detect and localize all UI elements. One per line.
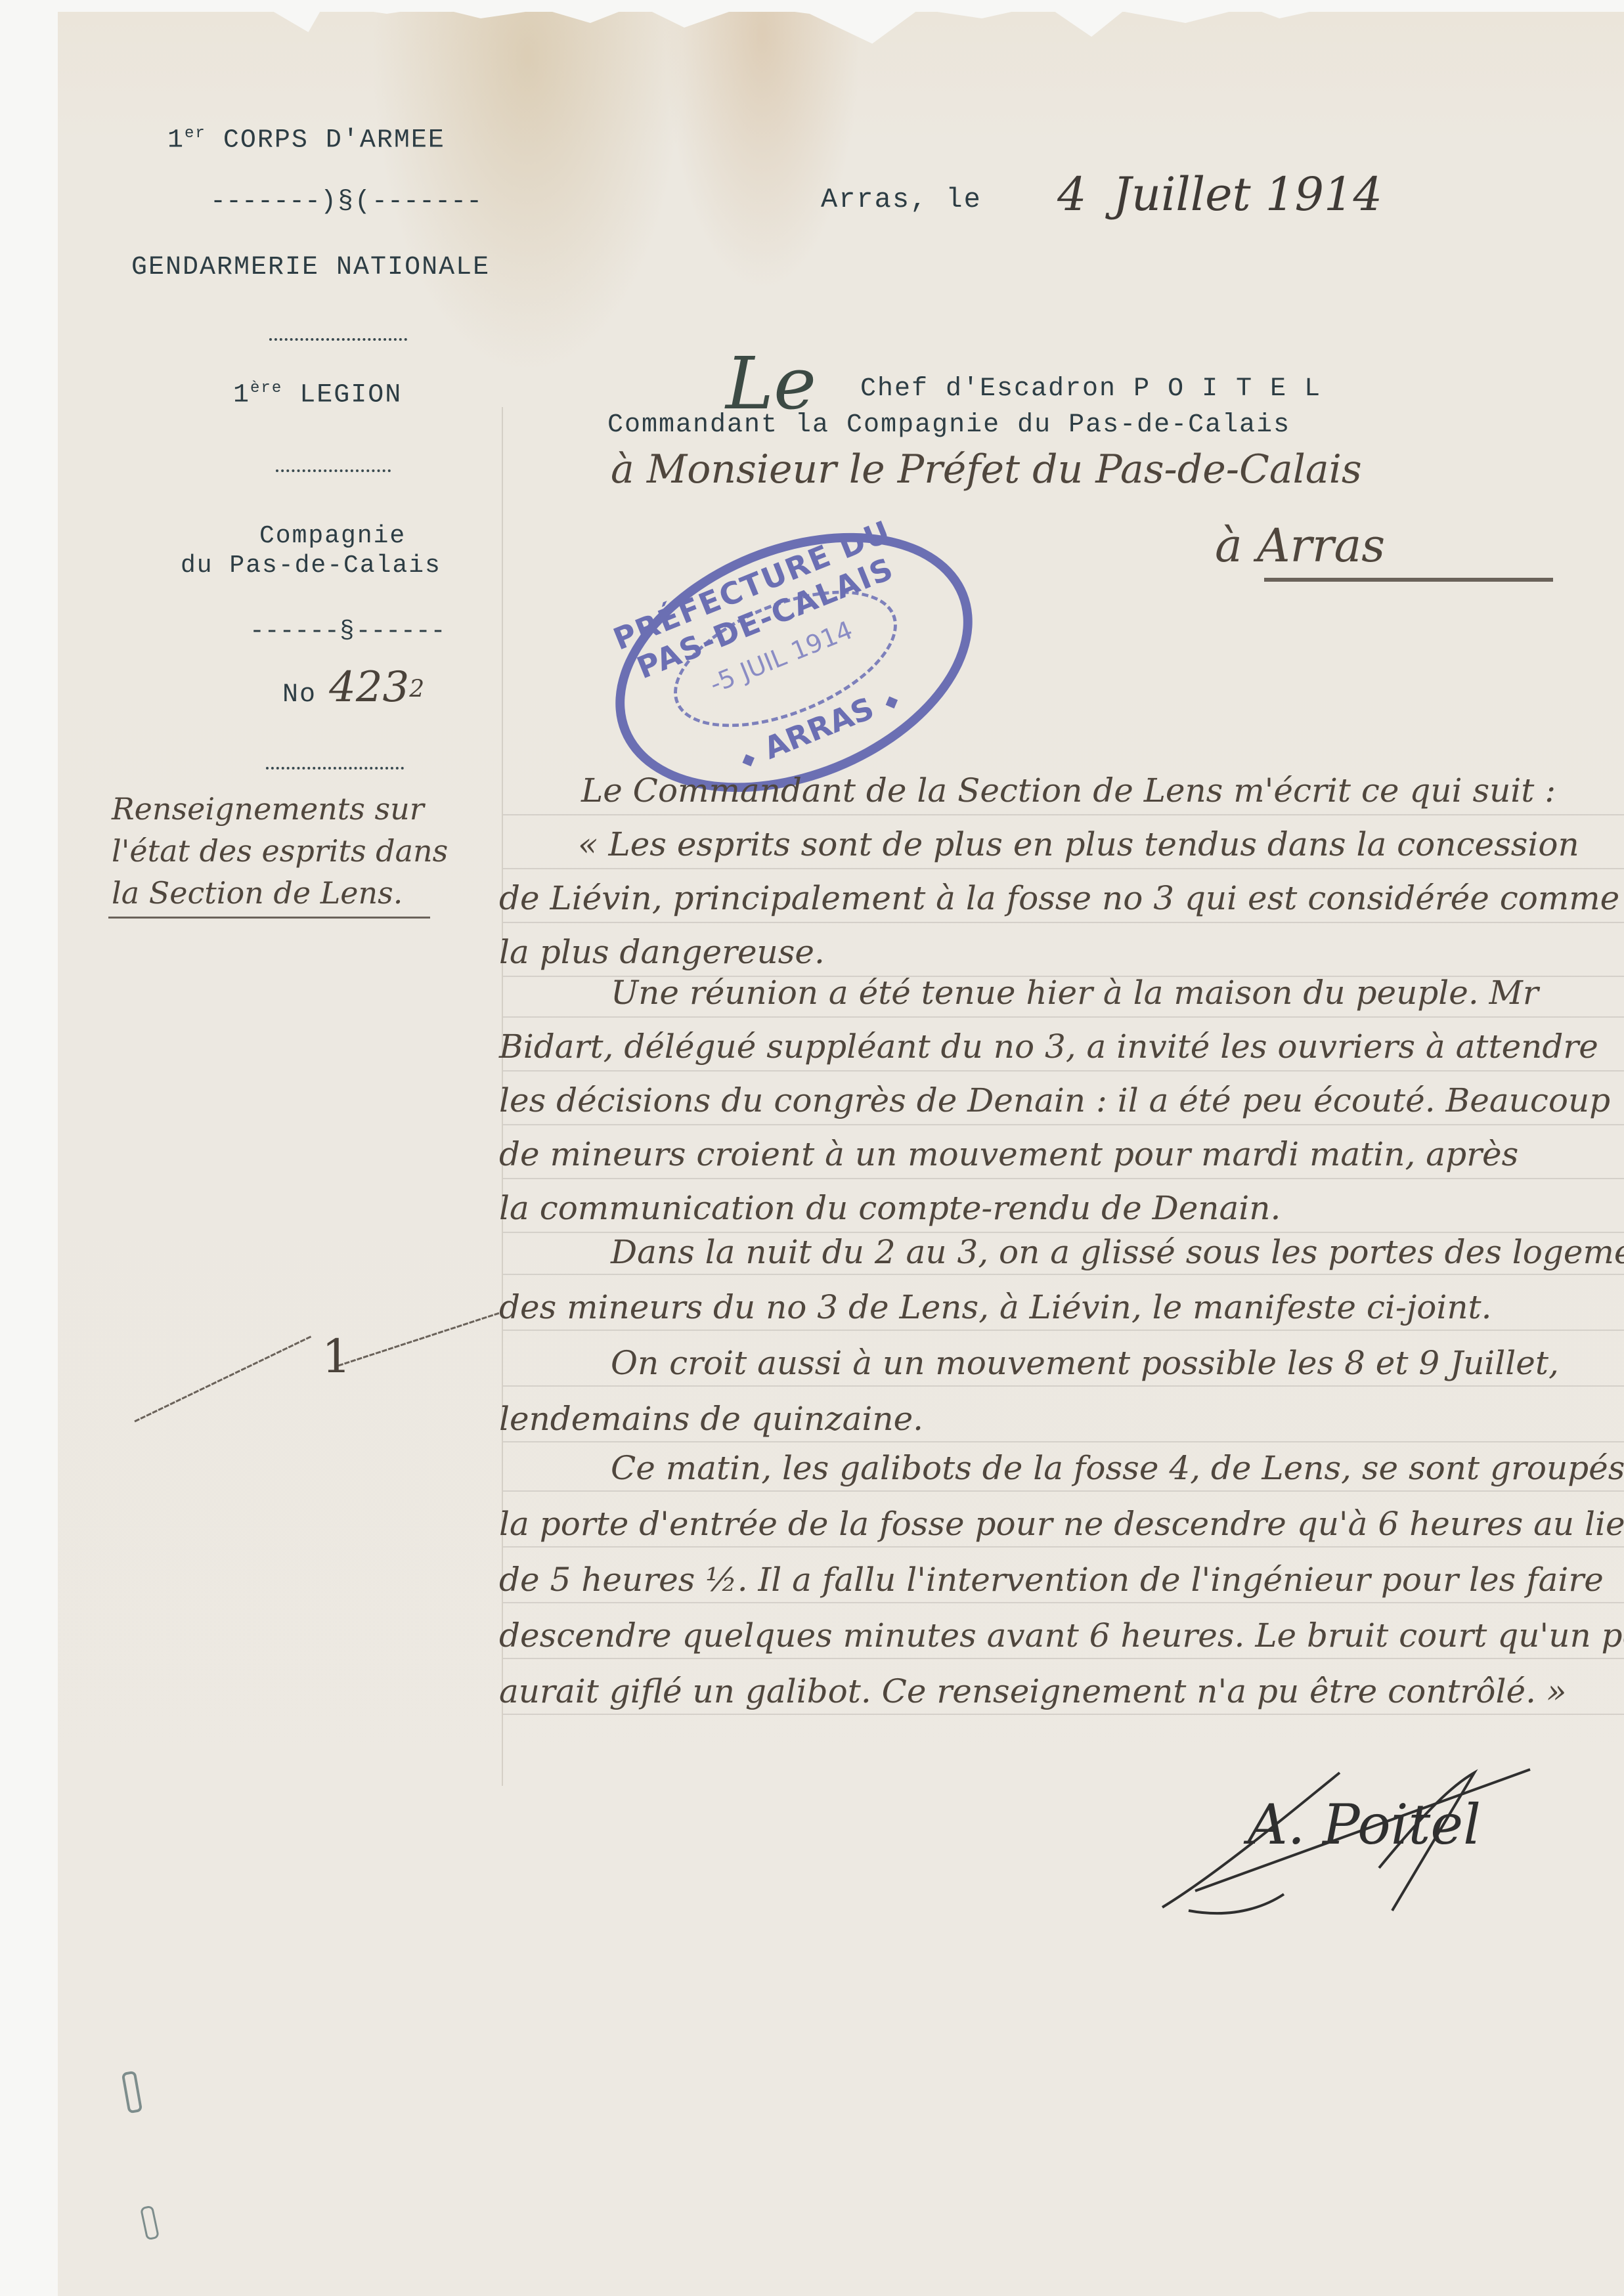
reference-number: No 4232 [282,663,424,712]
ruled-line [503,1124,1624,1125]
legion-heading: 1ère LEGION [233,379,402,410]
subject-line: l'état des esprits dans [112,830,448,872]
ruled-line [503,922,1624,923]
dateline-month-year: Juillet 1914 [1113,167,1382,221]
number-label: No [282,680,317,710]
sender-line-1: Chef d'Escadron P O I T E L [860,374,1321,404]
divider [276,469,391,472]
number-sup: 2 [409,676,424,703]
body-line: Le Commandant de la Section de Lens m'éc… [581,771,1556,810]
subject-block: Renseignements sur l'état des esprits da… [112,788,448,914]
separator-section-1: -------)§(------- [210,187,482,217]
ruled-line [503,1178,1624,1179]
dateline-place: Arras, le [821,184,982,215]
ruled-line [503,1490,1624,1492]
subject-line: Renseignements sur [112,788,448,830]
ruled-line [503,1385,1624,1387]
corps-text: CORPS D'ARMEE [223,125,445,155]
body-line: la porte d'entrée de la fosse pour ne de… [499,1505,1624,1543]
number-value: 423 [329,663,409,712]
corps-sup: er [185,125,206,142]
corps-heading: 1er CORPS D'ARMEE [167,125,445,155]
signature: A. Poitel [1248,1792,1481,1857]
ruled-line [503,814,1624,815]
body-line: Ce matin, les galibots de la fosse 4, de… [611,1449,1624,1487]
body-line: Dans la nuit du 2 au 3, on a glissé sous… [611,1233,1624,1271]
dateline-day: 4 [1057,167,1087,221]
body-line: de 5 heures ½. Il a fallu l'intervention… [499,1561,1604,1599]
ruled-line [503,1658,1624,1659]
compagnie-line-1: Compagnie [259,522,406,550]
ruled-line [503,1546,1624,1548]
body-line: la plus dangereuse. [499,933,825,971]
body-line: aurait giflé un galibot. Ce renseignemen… [499,1672,1566,1710]
ruled-line [503,1274,1624,1275]
subject-underline [108,917,430,919]
ruled-line [503,1714,1624,1715]
body-line: des mineurs du no 3 de Lens, à Liévin, l… [499,1288,1492,1326]
gendarmerie-heading: GENDARMERIE NATIONALE [131,253,490,282]
margin-annotation-mark [131,1307,499,1451]
body-line: de Liévin, principalement à la fosse no … [499,879,1619,917]
ruled-line [503,1330,1624,1331]
ruled-line [503,1602,1624,1603]
body-line: de mineurs croient à un mouvement pour m… [499,1135,1518,1173]
body-line: les décisions du congrès de Denain : il … [499,1081,1610,1119]
body-line: descendre quelques minutes avant 6 heure… [499,1616,1624,1655]
body-line: lendemains de quinzaine. [499,1400,923,1438]
body-line: Une réunion a été tenue hier à la maison… [611,974,1539,1012]
ruled-line [503,1441,1624,1442]
ruled-line [503,1070,1624,1072]
body-line: On croit aussi à un mouvement possible l… [611,1344,1559,1382]
city-underline [1264,578,1553,582]
separator-section-2: ------§------ [250,617,445,645]
margin-mark-number: 1 [322,1330,351,1383]
compagnie-line-2: du Pas-de-Calais [181,552,441,580]
divider [269,338,407,341]
sender-line-2: Commandant la Compagnie du Pas-de-Calais [607,410,1290,440]
ruled-line [503,1016,1624,1018]
dateline-date: 4 Juillet 1914 [1057,167,1382,221]
divider [266,767,404,769]
subject-line: la Section de Lens. [112,872,448,914]
recipient-city: à Arras [1215,519,1385,573]
body-line: « Les esprits sont de plus en plus tendu… [578,825,1579,863]
body-line: la communication du compte-rendu de Dena… [499,1189,1281,1227]
body-line: Bidart, délégué suppléant du no 3, a inv… [499,1028,1598,1066]
ruled-line [503,868,1624,869]
recipient-line: à Monsieur le Préfet du Pas-de-Calais [611,446,1362,492]
corps-number: 1 [167,125,185,155]
